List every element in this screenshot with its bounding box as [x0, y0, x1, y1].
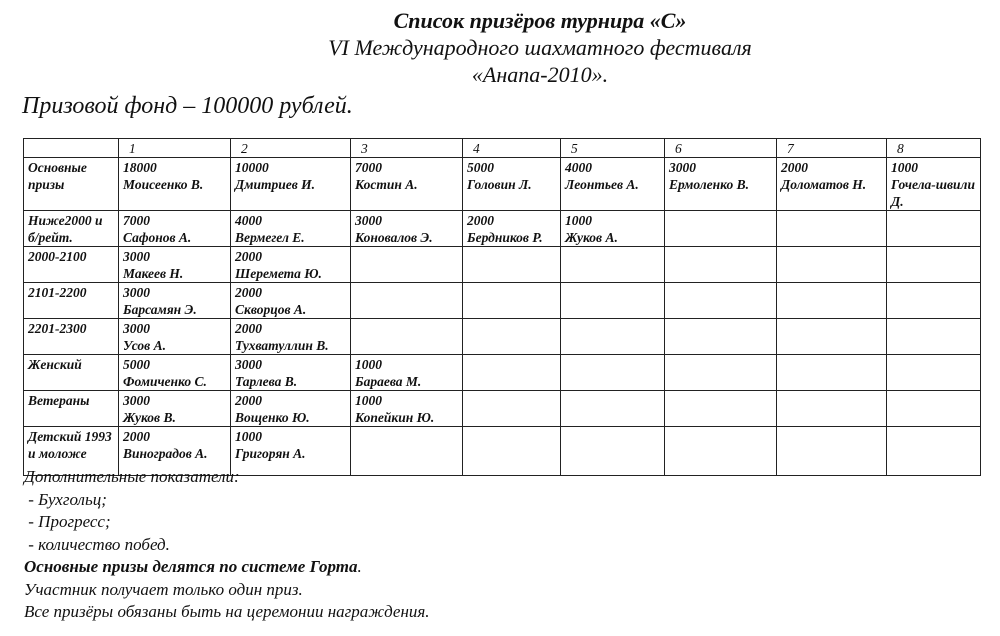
prize-amount: 1000 — [891, 159, 976, 176]
prize-cell: 2000Бердников Р. — [463, 211, 561, 247]
prize-cell: 4000Леонтьев А. — [561, 158, 665, 211]
prize-cell — [561, 427, 665, 476]
winner-name: Вощенко Ю. — [235, 409, 346, 426]
winner-name: Жуков В. — [123, 409, 226, 426]
prize-amount: 1000 — [565, 212, 660, 229]
hort-system-rule-end: . — [357, 557, 361, 576]
category-label: Ветераны — [24, 391, 119, 427]
prize-amount: 18000 — [123, 159, 226, 176]
prize-cell — [561, 391, 665, 427]
prize-cell — [351, 283, 463, 319]
table-row: 2201-23003000Усов А.2000Тухватуллин В. — [24, 319, 981, 355]
prize-cell — [665, 319, 777, 355]
prize-cell — [887, 319, 981, 355]
prize-cell — [887, 247, 981, 283]
tiebreak-item: - Бухгольц; — [24, 489, 430, 512]
document-title: Список призёров турнира «С» — [40, 8, 1000, 34]
prize-amount: 3000 — [669, 159, 772, 176]
column-header: 1 — [119, 139, 231, 158]
category-label: Основные призы — [24, 158, 119, 211]
prize-cell — [351, 319, 463, 355]
winner-name: Дмитриев И. — [235, 176, 346, 193]
prize-amount: 3000 — [355, 212, 458, 229]
prize-cell: 7000Костин А. — [351, 158, 463, 211]
prize-amount: 2000 — [781, 159, 882, 176]
prize-cell: 1000Гочела-швили Д. — [887, 158, 981, 211]
prize-amount: 2000 — [123, 428, 226, 445]
prize-cell: 18000Моисеенко В. — [119, 158, 231, 211]
category-label: Женский — [24, 355, 119, 391]
prize-cell: 4000Вермегел Е. — [231, 211, 351, 247]
prize-cell — [463, 355, 561, 391]
prize-cell — [665, 391, 777, 427]
prize-fund: Призовой фонд – 100000 рублей. — [22, 93, 353, 120]
winner-name: Копейкин Ю. — [355, 409, 458, 426]
category-label: 2101-2200 — [24, 283, 119, 319]
prize-amount: 2000 — [235, 284, 346, 301]
column-header — [24, 139, 119, 158]
column-header: 6 — [665, 139, 777, 158]
winner-name: Ермоленко В. — [669, 176, 772, 193]
prize-cell — [887, 427, 981, 476]
column-header: 5 — [561, 139, 665, 158]
tiebreak-item: - Прогресс; — [24, 511, 430, 534]
tiebreaks-title: Дополнительные показатели: — [24, 466, 430, 489]
prize-cell: 2000Доломатов Н. — [777, 158, 887, 211]
prize-cell — [777, 319, 887, 355]
prize-cell — [665, 247, 777, 283]
prize-cell: 2000Шеремета Ю. — [231, 247, 351, 283]
column-header: 8 — [887, 139, 981, 158]
winner-name: Вермегел Е. — [235, 229, 346, 246]
prize-cell — [777, 211, 887, 247]
prize-cell: 1000Бараева М. — [351, 355, 463, 391]
prize-cell — [665, 211, 777, 247]
category-label: 2201-2300 — [24, 319, 119, 355]
table-row: Ниже2000 и б/рейт.7000Сафонов А.4000Верм… — [24, 211, 981, 247]
event-name: «Анапа-2010». — [40, 62, 1000, 88]
winner-name: Барсамян Э. — [123, 301, 226, 318]
prize-amount: 3000 — [123, 392, 226, 409]
prize-cell: 5000Головин Л. — [463, 158, 561, 211]
column-header: 3 — [351, 139, 463, 158]
prize-cell — [777, 427, 887, 476]
prize-cell — [777, 247, 887, 283]
prize-cell: 1000Жуков А. — [561, 211, 665, 247]
prize-cell: 3000Ермоленко В. — [665, 158, 777, 211]
prize-amount: 7000 — [355, 159, 458, 176]
notes-section: Дополнительные показатели: - Бухгольц; -… — [24, 466, 430, 624]
prize-cell: 3000Усов А. — [119, 319, 231, 355]
column-header: 4 — [463, 139, 561, 158]
winner-name: Костин А. — [355, 176, 458, 193]
prize-cell: 2000Скворцов А. — [231, 283, 351, 319]
prize-cell — [887, 355, 981, 391]
prize-amount: 5000 — [123, 356, 226, 373]
prize-cell — [463, 283, 561, 319]
one-prize-rule: Участник получает только один приз. — [24, 579, 430, 602]
prize-cell: 7000Сафонов А. — [119, 211, 231, 247]
table-row: 2101-22003000Барсамян Э.2000Скворцов А. — [24, 283, 981, 319]
hort-system-rule: Основные призы делятся по системе Горта. — [24, 556, 430, 579]
prize-cell — [887, 283, 981, 319]
prize-amount: 2000 — [235, 248, 346, 265]
prize-amount: 3000 — [123, 248, 226, 265]
prize-cell — [561, 247, 665, 283]
category-label: 2000-2100 — [24, 247, 119, 283]
prize-cell — [561, 355, 665, 391]
prize-cell — [887, 391, 981, 427]
prize-cell — [463, 427, 561, 476]
winner-name: Бердников Р. — [467, 229, 556, 246]
winner-name: Сафонов А. — [123, 229, 226, 246]
prize-cell — [665, 355, 777, 391]
prize-cell: 2000Вощенко Ю. — [231, 391, 351, 427]
prize-amount: 3000 — [123, 320, 226, 337]
winner-name: Тарлева В. — [235, 373, 346, 390]
prize-cell: 10000Дмитриев И. — [231, 158, 351, 211]
prize-amount: 3000 — [235, 356, 346, 373]
prize-cell — [777, 355, 887, 391]
winner-name: Шеремета Ю. — [235, 265, 346, 282]
winner-name: Тухватуллин В. — [235, 337, 346, 354]
prize-cell: 3000Макеев Н. — [119, 247, 231, 283]
column-header: 7 — [777, 139, 887, 158]
winner-name: Гочела-швили Д. — [891, 176, 976, 210]
winner-name: Скворцов А. — [235, 301, 346, 318]
prize-cell: 2000Тухватуллин В. — [231, 319, 351, 355]
prize-cell: 3000Барсамян Э. — [119, 283, 231, 319]
prize-cell — [463, 247, 561, 283]
winner-name: Усов А. — [123, 337, 226, 354]
prize-amount: 10000 — [235, 159, 346, 176]
winner-name: Григорян А. — [235, 445, 346, 462]
festival-subtitle: VI Международного шахматного фестиваля — [40, 35, 1000, 61]
prize-cell: 1000Копейкин Ю. — [351, 391, 463, 427]
prize-amount: 5000 — [467, 159, 556, 176]
winner-name: Бараева М. — [355, 373, 458, 390]
winner-name: Леонтьев А. — [565, 176, 660, 193]
winner-name: Виноградов А. — [123, 445, 226, 462]
prize-amount: 2000 — [467, 212, 556, 229]
prize-cell — [777, 391, 887, 427]
prize-cell — [463, 319, 561, 355]
prize-amount: 4000 — [235, 212, 346, 229]
column-header: 2 — [231, 139, 351, 158]
prize-cell — [463, 391, 561, 427]
prize-cell — [665, 427, 777, 476]
prize-cell: 5000Фомиченко С. — [119, 355, 231, 391]
winner-name: Доломатов Н. — [781, 176, 882, 193]
winner-name: Моисеенко В. — [123, 176, 226, 193]
winner-name: Макеев Н. — [123, 265, 226, 282]
prize-cell — [561, 319, 665, 355]
prize-cell — [351, 247, 463, 283]
ceremony-rule: Все призёры обязаны быть на церемонии на… — [24, 601, 430, 624]
category-label: Ниже2000 и б/рейт. — [24, 211, 119, 247]
prize-cell — [777, 283, 887, 319]
prize-cell: 3000Коновалов Э. — [351, 211, 463, 247]
prize-amount: 4000 — [565, 159, 660, 176]
prize-amount: 2000 — [235, 392, 346, 409]
table-row: Основные призы18000Моисеенко В.10000Дмит… — [24, 158, 981, 211]
table-row: 2000-21003000Макеев Н.2000Шеремета Ю. — [24, 247, 981, 283]
prize-cell — [887, 211, 981, 247]
prize-cell — [665, 283, 777, 319]
table-row: Женский5000Фомиченко С.3000Тарлева В.100… — [24, 355, 981, 391]
table-row: Ветераны3000Жуков В.2000Вощенко Ю.1000Ко… — [24, 391, 981, 427]
prize-cell — [561, 283, 665, 319]
header-row: 12345678 — [24, 139, 981, 158]
prize-cell: 3000Тарлева В. — [231, 355, 351, 391]
tiebreak-item: - количество побед. — [24, 534, 430, 557]
winner-name: Жуков А. — [565, 229, 660, 246]
prize-amount: 3000 — [123, 284, 226, 301]
prize-amount: 1000 — [235, 428, 346, 445]
prize-amount: 2000 — [235, 320, 346, 337]
prize-amount: 7000 — [123, 212, 226, 229]
prize-amount: 1000 — [355, 392, 458, 409]
winner-name: Фомиченко С. — [123, 373, 226, 390]
winner-name: Коновалов Э. — [355, 229, 458, 246]
prize-table: 12345678Основные призы18000Моисеенко В.1… — [23, 138, 981, 476]
prize-amount: 1000 — [355, 356, 458, 373]
prize-cell: 3000Жуков В. — [119, 391, 231, 427]
hort-system-rule-text: Основные призы делятся по системе Горта — [24, 557, 357, 576]
winner-name: Головин Л. — [467, 176, 556, 193]
